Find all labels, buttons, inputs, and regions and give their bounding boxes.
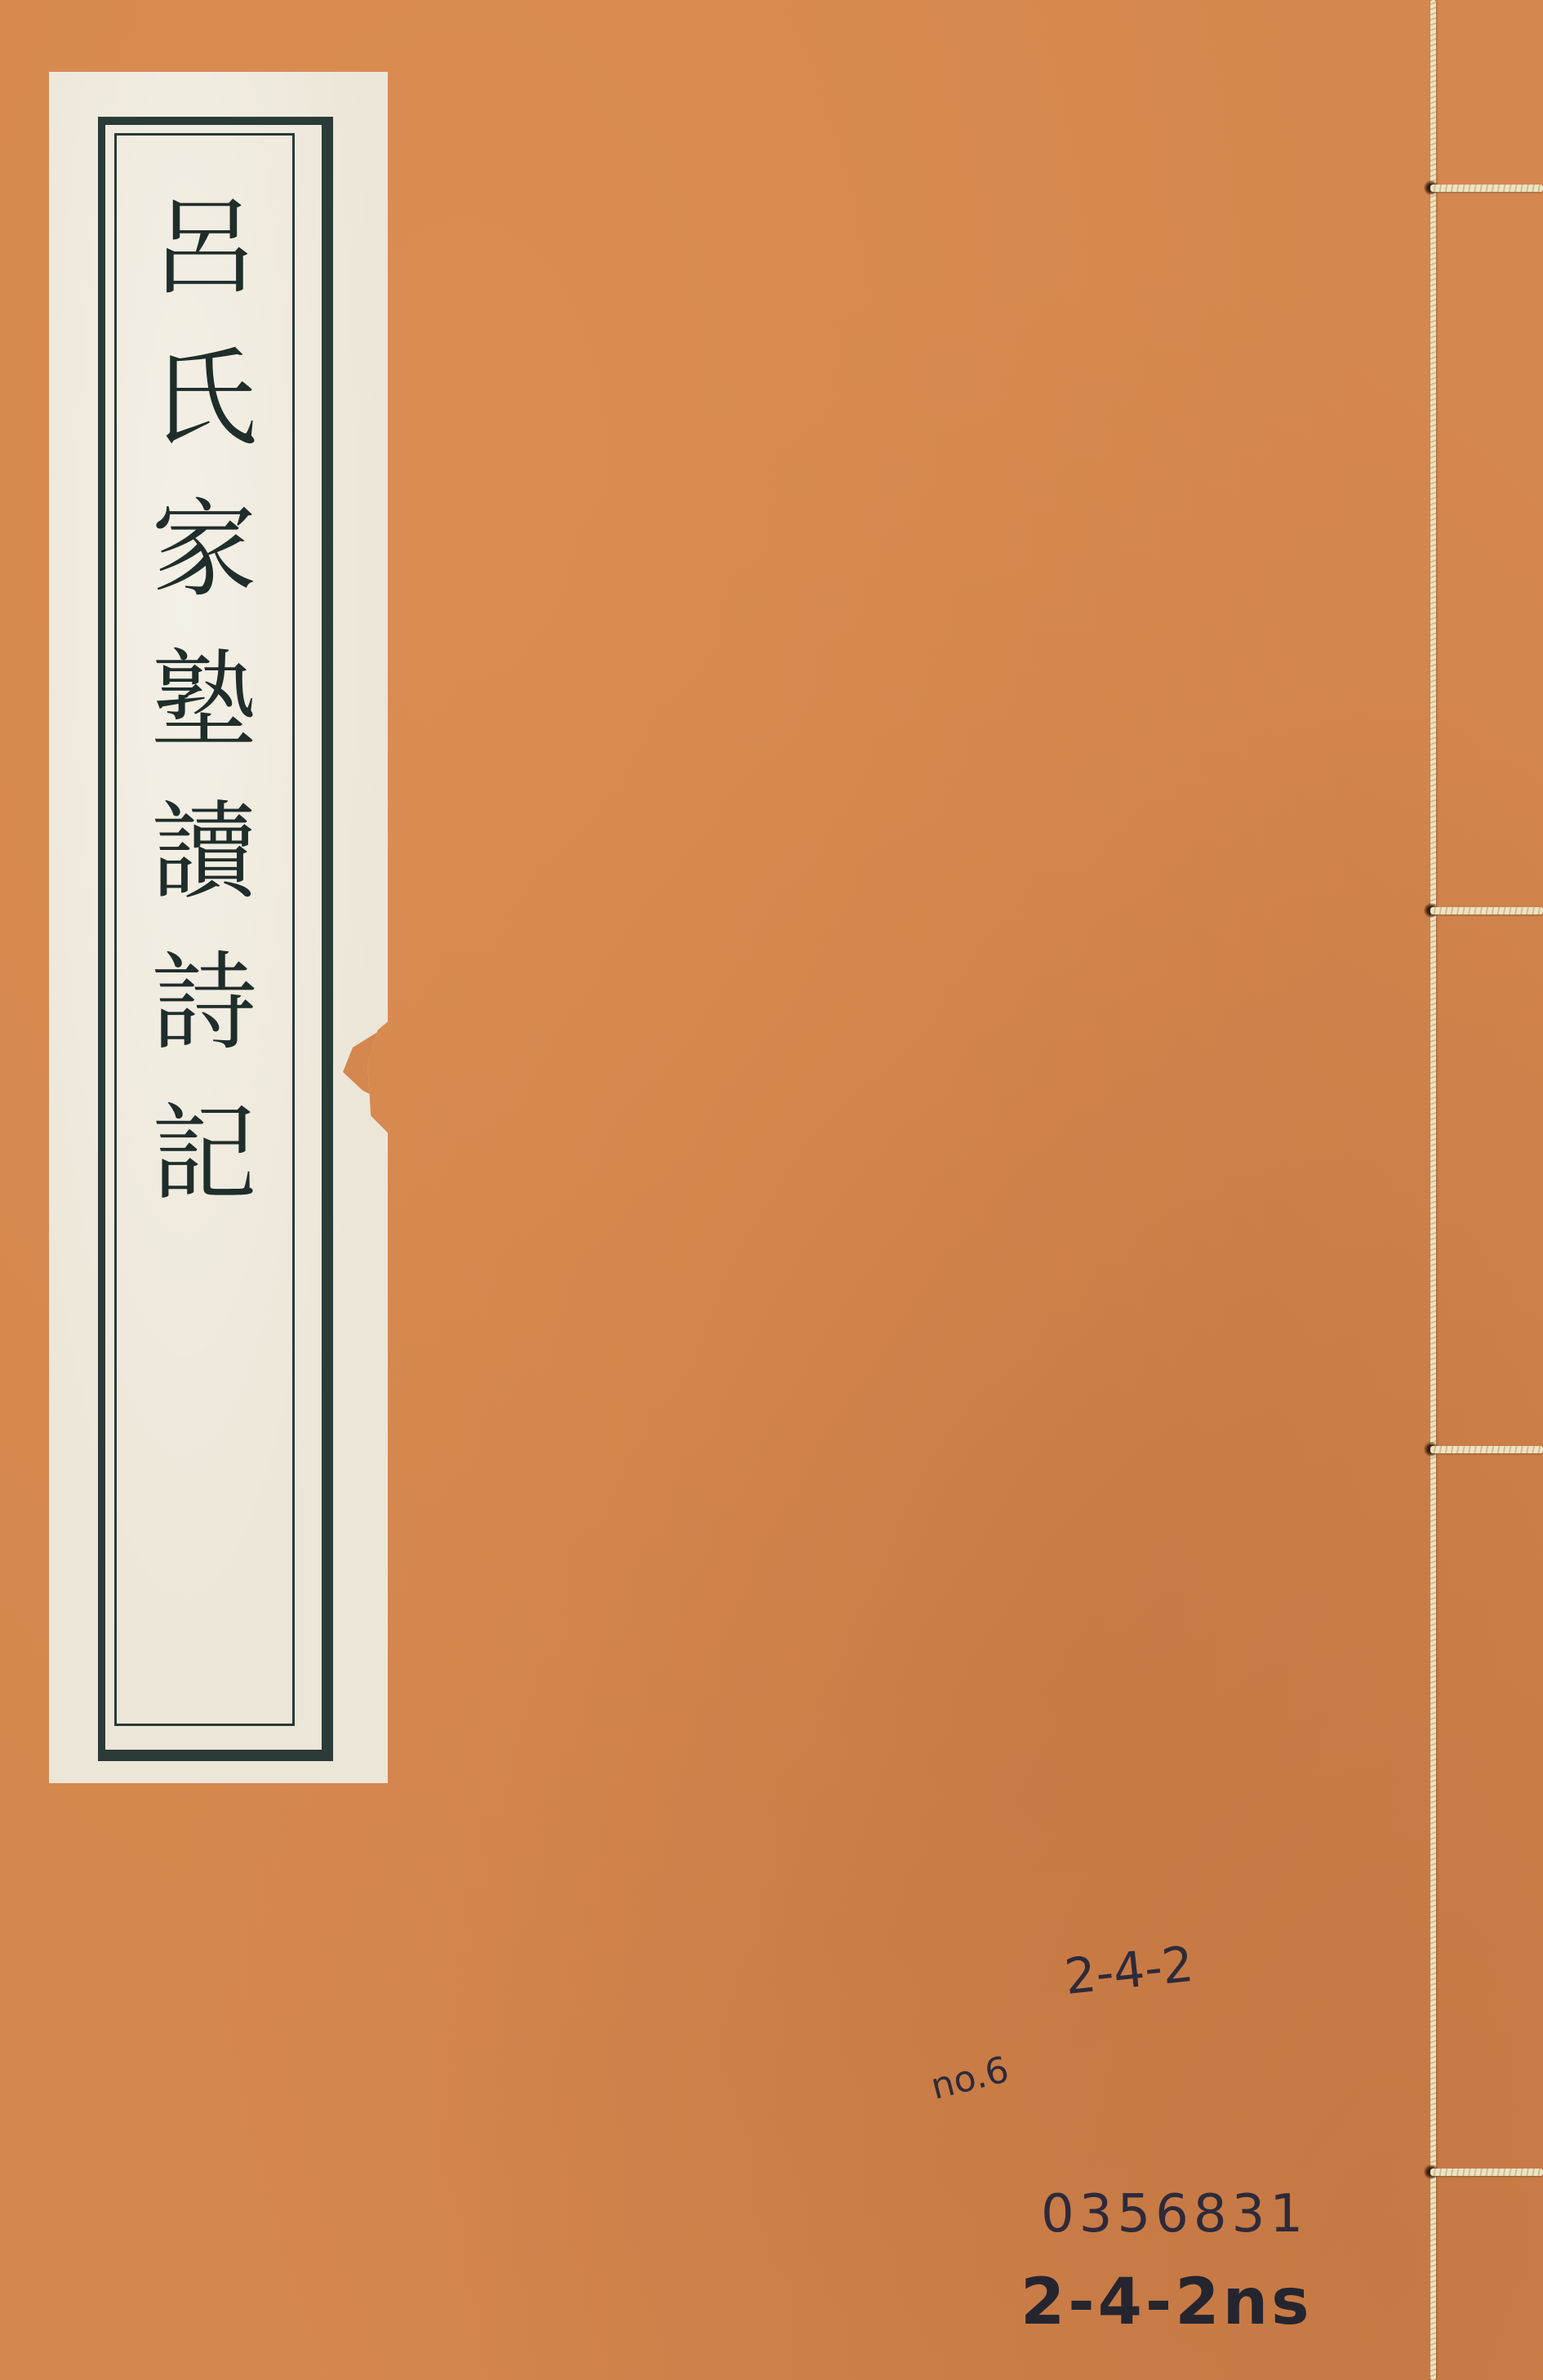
title-character: 讀 [151, 799, 257, 905]
title-character: 呂 [151, 194, 257, 300]
catalog-number: 0356831 [1041, 2184, 1308, 2244]
title-character: 家 [151, 496, 257, 603]
title-character: 記 [151, 1101, 257, 1207]
binding-stitch [1430, 907, 1543, 914]
binding-thread [1430, 0, 1436, 2380]
title-character: 塾 [151, 647, 257, 754]
book-title: 呂 氏 家 塾 讀 詩 記 [139, 194, 269, 1252]
binding-stitch [1430, 185, 1543, 192]
binding-stitch [1430, 1446, 1543, 1453]
title-label-slip: 呂 氏 家 塾 讀 詩 記 [49, 72, 388, 1783]
shelf-code: 2-4-2ns [1021, 2266, 1313, 2339]
title-character: 氏 [151, 345, 257, 452]
binding-stitch [1430, 2169, 1543, 2176]
title-character: 詩 [151, 950, 257, 1056]
